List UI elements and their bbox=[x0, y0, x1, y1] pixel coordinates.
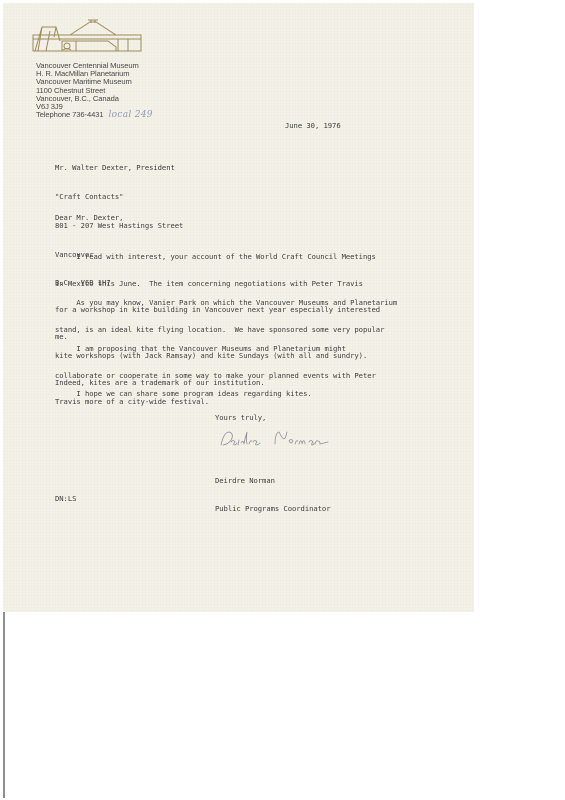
letter-page: Vancouver Centennial Museum H. R. MacMil… bbox=[3, 3, 474, 612]
handwritten-extension-note: local 249 bbox=[108, 110, 152, 120]
recipient-line: Mr. Walter Dexter, President bbox=[55, 163, 183, 173]
telephone-number: Telephone 736-4431 bbox=[36, 110, 103, 119]
handwritten-signature-icon bbox=[217, 428, 347, 450]
museum-building-logo-icon bbox=[32, 17, 142, 53]
signatory-block: Deirdre Norman Public Programs Coordinat… bbox=[215, 458, 331, 532]
reference-initials: DN:LS bbox=[55, 494, 76, 503]
signatory-title: Public Programs Coordinator bbox=[215, 504, 331, 513]
letter-date: June 30, 1976 bbox=[285, 121, 341, 130]
body-line: I am proposing that the Vancouver Museum… bbox=[55, 345, 376, 354]
letterhead-telephone-row: Telephone 736-4431local 249 bbox=[36, 111, 153, 119]
body-line: I hope we can share some program ideas r… bbox=[55, 390, 312, 399]
salutation: Dear Mr. Dexter, bbox=[55, 213, 123, 222]
recipient-line: 801 - 207 West Hastings Street bbox=[55, 221, 183, 231]
letterhead-address: Vancouver Centennial Museum H. R. MacMil… bbox=[36, 62, 153, 119]
body-line: As you may know, Vanier Park on which th… bbox=[55, 299, 397, 308]
signatory-name: Deirdre Norman bbox=[215, 476, 331, 485]
closing: Yours truly, bbox=[215, 413, 266, 422]
scan-edge-shadow bbox=[3, 612, 5, 798]
body-paragraph-4: I hope we can share some program ideas r… bbox=[55, 372, 312, 417]
recipient-line: "Craft Contacts" bbox=[55, 192, 183, 202]
body-line: I read with interest, your account of th… bbox=[55, 253, 380, 262]
